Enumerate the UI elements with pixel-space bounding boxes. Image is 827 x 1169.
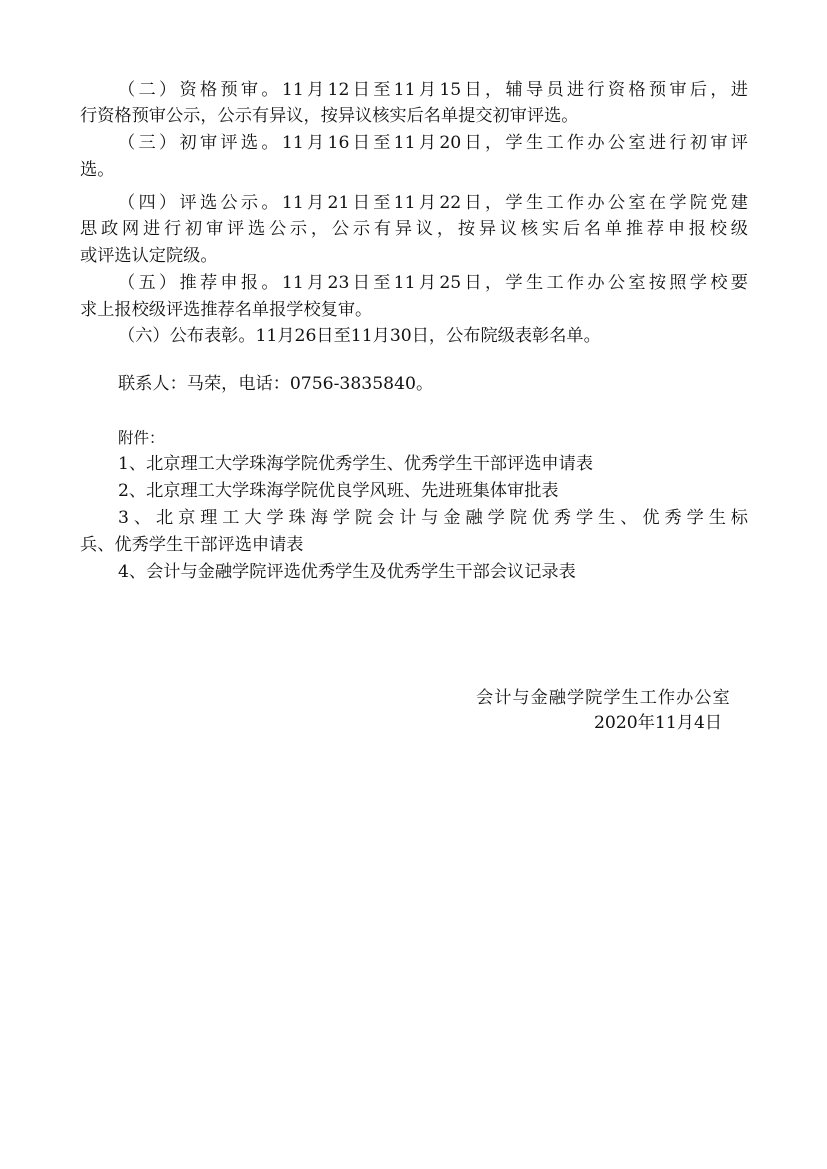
attachment-3-line-2: 兵、优秀学生干部评选申请表: [80, 532, 748, 558]
section-2-line-2: 行资格预审公示，公示有异议，按异议核实后名单提交初审评选。: [80, 103, 748, 129]
section-5-line-1: （五）推荐申报。11月23日至11月25日，学生工作办公室按照学校要: [118, 270, 748, 296]
section-5-line-2: 求上报校级评选推荐名单报学校复审。: [80, 297, 748, 323]
document-page: （二）资格预审。11月12日至11月15日，辅导员进行资格预审后，进 行资格预审…: [0, 0, 827, 1169]
section-4-line-2: 思政网进行初审评选公示，公示有异议，按异议核实后名单推荐申报校级: [80, 216, 748, 242]
section-2-line-1: （二）资格预审。11月12日至11月15日，辅导员进行资格预审后，进: [118, 77, 748, 103]
section-3-line-2: 选。: [80, 157, 748, 183]
attachment-3-line-1: 3、北京理工大学珠海学院会计与金融学院优秀学生、优秀学生标: [118, 505, 748, 531]
signature-office: 会计与金融学院学生工作办公室: [476, 685, 731, 711]
section-4-line-3: 或评选认定院级。: [80, 243, 748, 269]
section-6-line-1: （六）公布表彰。11月26日至11月30日，公布院级表彰名单。: [118, 323, 748, 349]
attachment-1: 1、北京理工大学珠海学院优秀学生、优秀学生干部评选申请表: [118, 451, 748, 477]
section-3-line-1: （三）初审评选。11月16日至11月20日，学生工作办公室进行初审评: [118, 130, 748, 156]
attachments-title: 附件：: [118, 425, 748, 451]
attachment-2: 2、北京理工大学珠海学院优良学风班、先进班集体审批表: [118, 478, 748, 504]
signature-date: 2020年11月4日: [594, 710, 722, 736]
contact-line: 联系人：马荣，电话：0756-3835840。: [118, 371, 748, 397]
section-4-line-1: （四）评选公示。11月21日至11月22日，学生工作办公室在学院党建: [118, 190, 748, 216]
attachment-4: 4、会计与金融学院评选优秀学生及优秀学生干部会议记录表: [118, 559, 748, 585]
